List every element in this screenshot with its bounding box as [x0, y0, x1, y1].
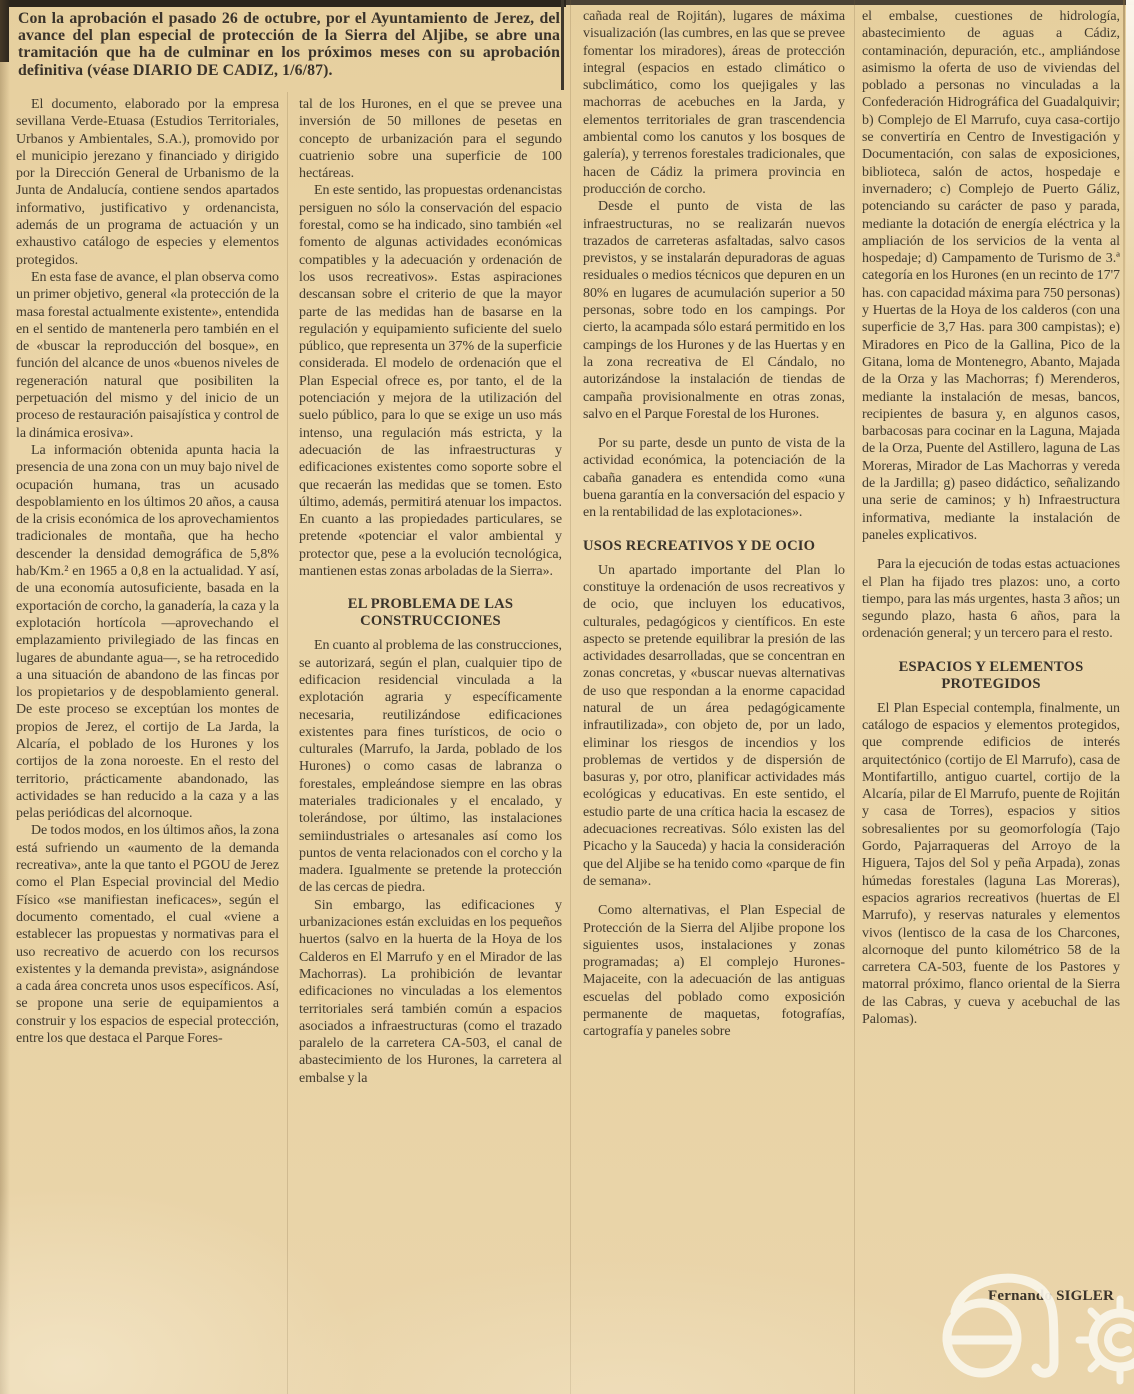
lead-paragraph: Con la aprobación el pasado 26 de octubr… [18, 10, 560, 79]
article-column-2: tal de los Hurones, en el que se prevee … [299, 96, 562, 1087]
article-paragraph: El Plan Especial contempla, finalmente, … [862, 700, 1120, 1029]
article-paragraph: La información obtenida apunta hacia la … [16, 442, 279, 823]
article-paragraph: En este sentido, las propuestas ordenanc… [299, 182, 562, 580]
article-paragraph: De todos modos, en los últimos años, la … [16, 822, 279, 1047]
scan-edge-top [0, 0, 1134, 5]
lead-column-divider [561, 0, 564, 90]
article-paragraph: Un apartado importante del Plan lo const… [583, 562, 845, 891]
stamp-watermark [925, 1260, 1134, 1390]
article-paragraph: tal de los Hurones, en el que se prevee … [299, 96, 562, 182]
section-heading: ESPACIOS Y ELEMENTOS PROTEGIDOS [862, 659, 1120, 693]
article-paragraph: el embalse, cuestiones de hidrología, ab… [862, 8, 1120, 544]
article-paragraph: En esta fase de avance, el plan observa … [16, 269, 279, 442]
article-paragraph: Para la ejecución de todas estas actuaci… [862, 556, 1120, 642]
byline: Fernando SIGLER [862, 1288, 1114, 1305]
scan-white-sliver [1126, 0, 1134, 300]
article-column-3: cañada real de Rojitán), lugares de máxi… [583, 8, 845, 1041]
column-crease-3 [854, 0, 855, 1394]
scan-edge-left-shadow [0, 0, 10, 1394]
article-paragraph: cañada real de Rojitán), lugares de máxi… [583, 8, 845, 198]
scan-corner-left [0, 0, 9, 62]
stamp-sun-rays [1079, 1299, 1134, 1381]
scan-cut-right [1123, 0, 1125, 520]
article-paragraph: Sin embargo, las edificaciones y urbaniz… [299, 897, 562, 1087]
column-crease-2 [570, 0, 571, 1394]
section-heading: EL PROBLEMA DE LAS CONSTRUCCIONES [299, 596, 562, 630]
article-paragraph: Desde el punto de vista de las infraestr… [583, 198, 845, 423]
article-column-4: el embalse, cuestiones de hidrología, ab… [862, 8, 1120, 1028]
stamp-sun-inner-c [1108, 1328, 1128, 1353]
column-crease-1 [287, 92, 288, 1394]
scan-edge-top-heavy [0, 0, 566, 7]
article-paragraph: Por su parte, desde un punto de vista de… [583, 435, 845, 521]
newspaper-clipping: Con la aprobación el pasado 26 de octubr… [0, 0, 1134, 1394]
article-paragraph: Como alternativas, el Plan Especial de P… [583, 902, 845, 1040]
article-column-1: El documento, elaborado por la empresa s… [16, 96, 279, 1047]
stamp-left-circle [947, 1303, 1017, 1373]
section-heading: USOS RECREATIVOS Y DE OCIO [583, 538, 845, 555]
stamp-sun-circle [1093, 1313, 1134, 1367]
article-paragraph: En cuanto al problema de las construccio… [299, 637, 562, 896]
article-paragraph: El documento, elaborado por la empresa s… [16, 96, 279, 269]
